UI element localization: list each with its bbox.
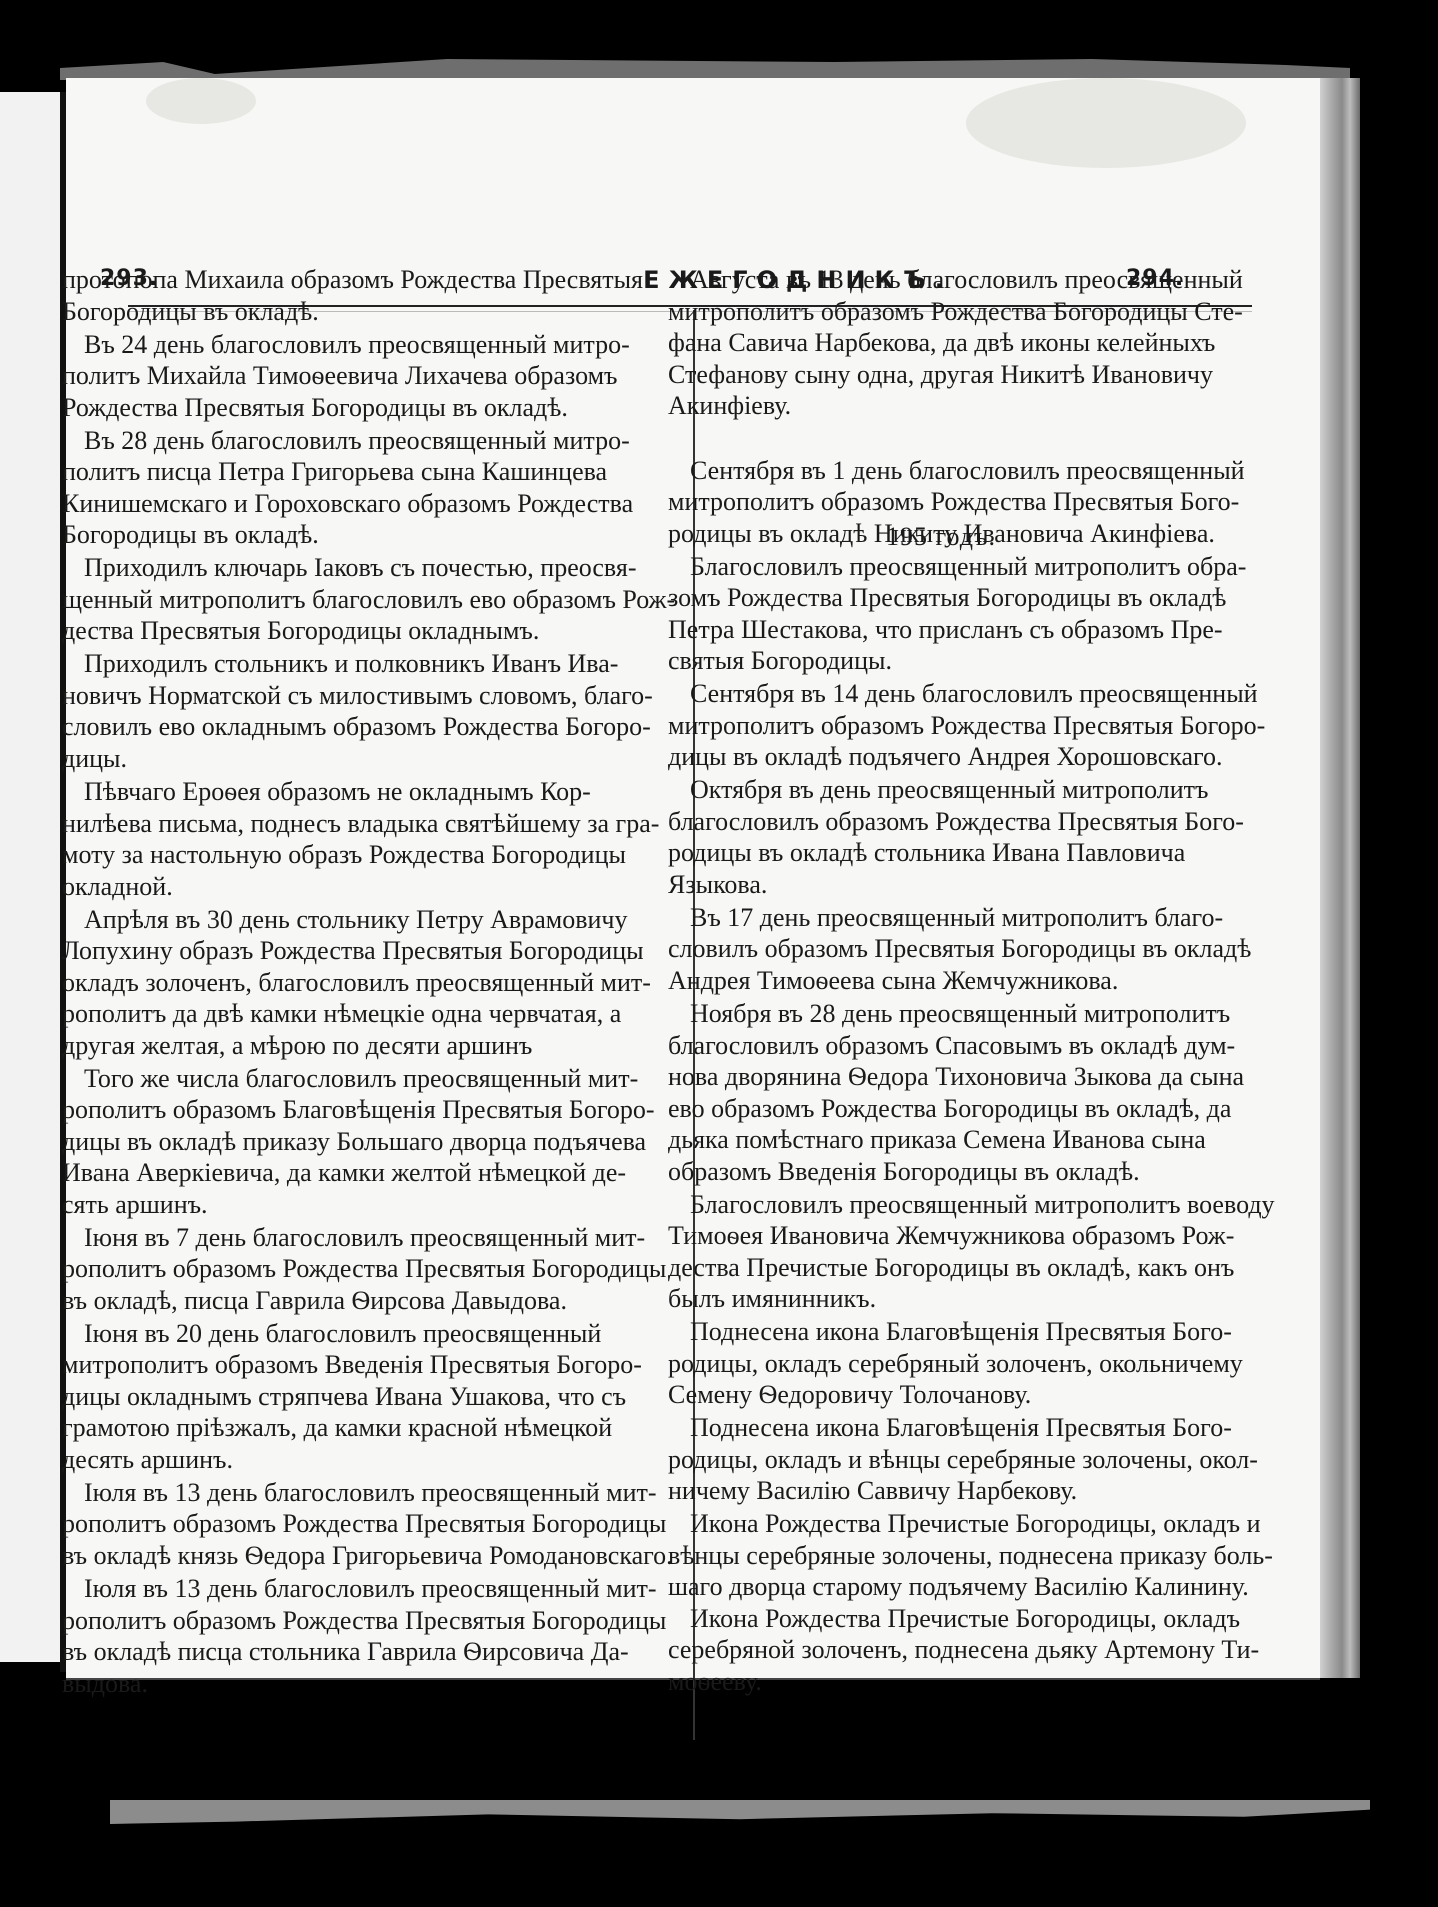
text-line: рополитъ да двѣ камки нѣмецкіе одна черв…: [62, 999, 621, 1029]
text-line: Стефанову сыну одна, другая Никитѣ Ивано…: [668, 360, 1213, 390]
text-line: Іюня въ 7 день благословилъ преосвященны…: [84, 1223, 645, 1253]
text-line: Въ 17 день преосвященный митрополитъ бла…: [690, 903, 1223, 933]
text-line: благословилъ образомъ Спасовымъ въ оклад…: [668, 1031, 1235, 1061]
text-line: протопопа Михаила образомъ Рождества Пре…: [62, 265, 643, 295]
text-line: родицы, окладъ серебряный золоченъ, окол…: [668, 1349, 1243, 1379]
text-line: Сентября въ 14 день благословилъ преосвя…: [690, 679, 1258, 709]
text-line: словилъ образомъ Пресвятыя Богородицы въ…: [668, 934, 1251, 964]
water-stain: [146, 78, 256, 124]
text-line: Поднесена икона Благовѣщенія Пресвятыя Б…: [690, 1317, 1232, 1347]
text-line: Богородицы въ окладѣ.: [62, 520, 319, 550]
text-line: въ окладѣ писца стольника Гаврила Ѳирсов…: [62, 1637, 629, 1667]
page-stack-edge: [1320, 78, 1360, 1678]
text-line: дицы окладнымъ стряпчева Ивана Ушакова, …: [62, 1382, 626, 1412]
text-line: Рождества Пресвятыя Богородицы въ окладѣ…: [62, 393, 568, 423]
text-line: Пѣвчаго Ероѳея образомъ не окладнымъ Кор…: [84, 777, 591, 807]
text-line: Октября въ день преосвященный митрополит…: [690, 775, 1208, 805]
text-line: дицы.: [62, 744, 127, 774]
text-line: митрополитъ образомъ Введенія Пресвятыя …: [62, 1350, 642, 1380]
text-line: Приходилъ ключарь Іаковъ съ почестью, пр…: [84, 553, 636, 583]
text-line: Ивана Аверкіевича, да камки желтой нѣмец…: [62, 1158, 626, 1188]
text-line: другая желтая, а мѣрою по десяти аршинъ: [62, 1031, 532, 1061]
text-line: словилъ ево окладнымъ образомъ Рождества…: [62, 712, 651, 742]
text-line: политъ писца Петра Григорьева сына Кашин…: [62, 457, 607, 487]
text-line: въ окладѣ князь Ѳедора Григорьевича Ромо…: [62, 1541, 673, 1571]
text-line: Поднесена икона Благовѣщенія Пресвятыя Б…: [690, 1413, 1232, 1443]
adjacent-page-edge: [0, 92, 60, 1662]
text-line: Лопухину образъ Рождества Пресвятыя Бого…: [62, 936, 644, 966]
text-line: Въ 28 день благословилъ преосвященный ми…: [84, 426, 630, 456]
text-line: новичъ Норматской съ милостивымъ словомъ…: [62, 681, 653, 711]
text-line: родицы, окладъ и вѣнцы серебряные золоче…: [668, 1445, 1258, 1475]
text-line: Языкова.: [668, 870, 767, 900]
text-line: родицы въ окладѣ Никиту Ивановича Акинфі…: [668, 519, 1215, 549]
text-line: дества Пречистые Богородицы въ окладѣ, к…: [668, 1253, 1234, 1283]
text-line: Сентября въ 1 день благословилъ преосвящ…: [690, 456, 1245, 486]
text-line: родицы въ окладѣ стольника Ивана Павлови…: [668, 838, 1185, 868]
text-line: дьяка помѣстнаго приказа Семена Иванова …: [668, 1125, 1206, 1155]
text-line: митрополитъ образомъ Рождества Богородиц…: [668, 297, 1243, 327]
text-line: дества Пресвятыя Богородицы окладнымъ.: [62, 616, 539, 646]
text-line: Икона Рождества Пречистые Богородицы, ок…: [690, 1509, 1261, 1539]
text-line: сять аршинъ.: [62, 1190, 208, 1220]
text-line: Богородицы въ окладѣ.: [62, 297, 319, 327]
text-line: нова дворянина Ѳедора Тихоновича Зыкова …: [668, 1062, 1244, 1092]
text-line: фана Савича Нарбекова, да двѣ иконы келе…: [668, 328, 1215, 358]
text-line: дицы въ окладѣ приказу Большаго дворца п…: [62, 1127, 646, 1157]
text-line: политъ Михайла Тимоѳеевича Лихачева обра…: [62, 361, 618, 391]
text-line: дицы въ окладѣ подъячего Андрея Хорошовс…: [668, 742, 1223, 772]
text-line: моѳееву.: [668, 1667, 762, 1697]
text-line: образомъ Введенія Богородицы въ окладѣ.: [668, 1157, 1140, 1187]
text-line: благословилъ образомъ Рождества Пресвяты…: [668, 807, 1244, 837]
text-line: рополитъ образомъ Рождества Пресвятыя Бо…: [62, 1254, 666, 1284]
text-line: вѣнцы серебряные золочены, поднесена при…: [668, 1541, 1273, 1571]
text-line: рополитъ образомъ Рождества Пресвятыя Бо…: [62, 1509, 666, 1539]
text-line: Іюля въ 13 день благословилъ преосвященн…: [84, 1574, 657, 1604]
text-line: Акинфіеву.: [668, 391, 791, 421]
text-line: Семену Ѳедоровичу Толочанову.: [668, 1380, 1031, 1410]
text-line: Петра Шестакова, что присланъ съ образом…: [668, 615, 1223, 645]
text-line: былъ имянинникъ.: [668, 1284, 876, 1314]
text-line: въ окладѣ, писца Гаврила Ѳирсова Давыдов…: [62, 1286, 567, 1316]
page-bottom-edge: [110, 1800, 1370, 1824]
text-line: Ноября въ 28 день преосвященный митропол…: [690, 999, 1230, 1029]
text-line: окладъ золоченъ, благословилъ преосвящен…: [62, 968, 651, 998]
text-line: Благословилъ преосвященный митрополитъ о…: [690, 552, 1246, 582]
text-line: Тимоѳея Ивановича Жемчужникова образомъ …: [668, 1221, 1234, 1251]
text-line: серебряной золоченъ, поднесена дьяку Арт…: [668, 1635, 1259, 1665]
text-line: ево образомъ Рождества Богородицы въ окл…: [668, 1094, 1231, 1124]
water-stain: [966, 78, 1246, 168]
text-line: Андрея Тимоѳеева сына Жемчужникова.: [668, 966, 1118, 996]
text-line: нилѣева письма, поднесъ владыка святѣйше…: [62, 809, 659, 839]
text-line: Благословилъ преосвященный митрополитъ в…: [690, 1190, 1275, 1220]
text-line: десять аршинъ.: [62, 1445, 233, 1475]
text-line: Того же числа благословилъ преосвященный…: [84, 1064, 638, 1094]
text-line: грамотою пріѣзжалъ, да камки красной нѣм…: [62, 1413, 612, 1443]
text-line: митрополитъ образомъ Рождества Пресвятыя…: [668, 711, 1265, 741]
text-line: окладной.: [62, 872, 173, 902]
text-line: Іюля въ 13 день благословилъ преосвященн…: [84, 1478, 657, 1508]
text-line: щенный митрополитъ благословилъ ево обра…: [62, 585, 675, 615]
text-line: шаго дворца старому подъячему Василію Ка…: [668, 1572, 1249, 1602]
text-line: Икона Рождества Пречистые Богородицы, ок…: [690, 1604, 1240, 1634]
text-line: Апрѣля въ 30 день стольнику Петру Аврамо…: [84, 905, 627, 935]
text-line: Кинишемскаго и Гороховскаго образомъ Рож…: [62, 489, 633, 519]
text-line: ничему Василію Саввичу Нарбекову.: [668, 1476, 1077, 1506]
page-top-edge: [60, 50, 1350, 80]
text-line: Іюня въ 20 день благословилъ преосвященн…: [84, 1319, 601, 1349]
text-line: моту за настольную образъ Рождества Бого…: [62, 840, 626, 870]
book-page: 293. ЕЖЕГОДНИКЪ. 294. протопопа Михаила …: [66, 78, 1320, 1680]
text-line: выдова.: [62, 1669, 148, 1699]
text-line: святыя Богородицы.: [668, 646, 892, 676]
text-line: зомъ Рождества Пресвятыя Богородицы въ о…: [668, 583, 1226, 613]
text-line: рополитъ образомъ Благовѣщенія Пресвятыя…: [62, 1095, 655, 1125]
text-line: Приходилъ стольникъ и полковникъ Иванъ И…: [84, 649, 618, 679]
text-line: митрополитъ образомъ Рождества Пресвятыя…: [668, 487, 1239, 517]
text-line: Въ 24 день благословилъ преосвященный ми…: [84, 330, 630, 360]
text-line: Августа въ 13 день благословилъ преосвящ…: [690, 265, 1243, 295]
text-line: рополитъ образомъ Рождества Пресвятыя Бо…: [62, 1606, 666, 1636]
